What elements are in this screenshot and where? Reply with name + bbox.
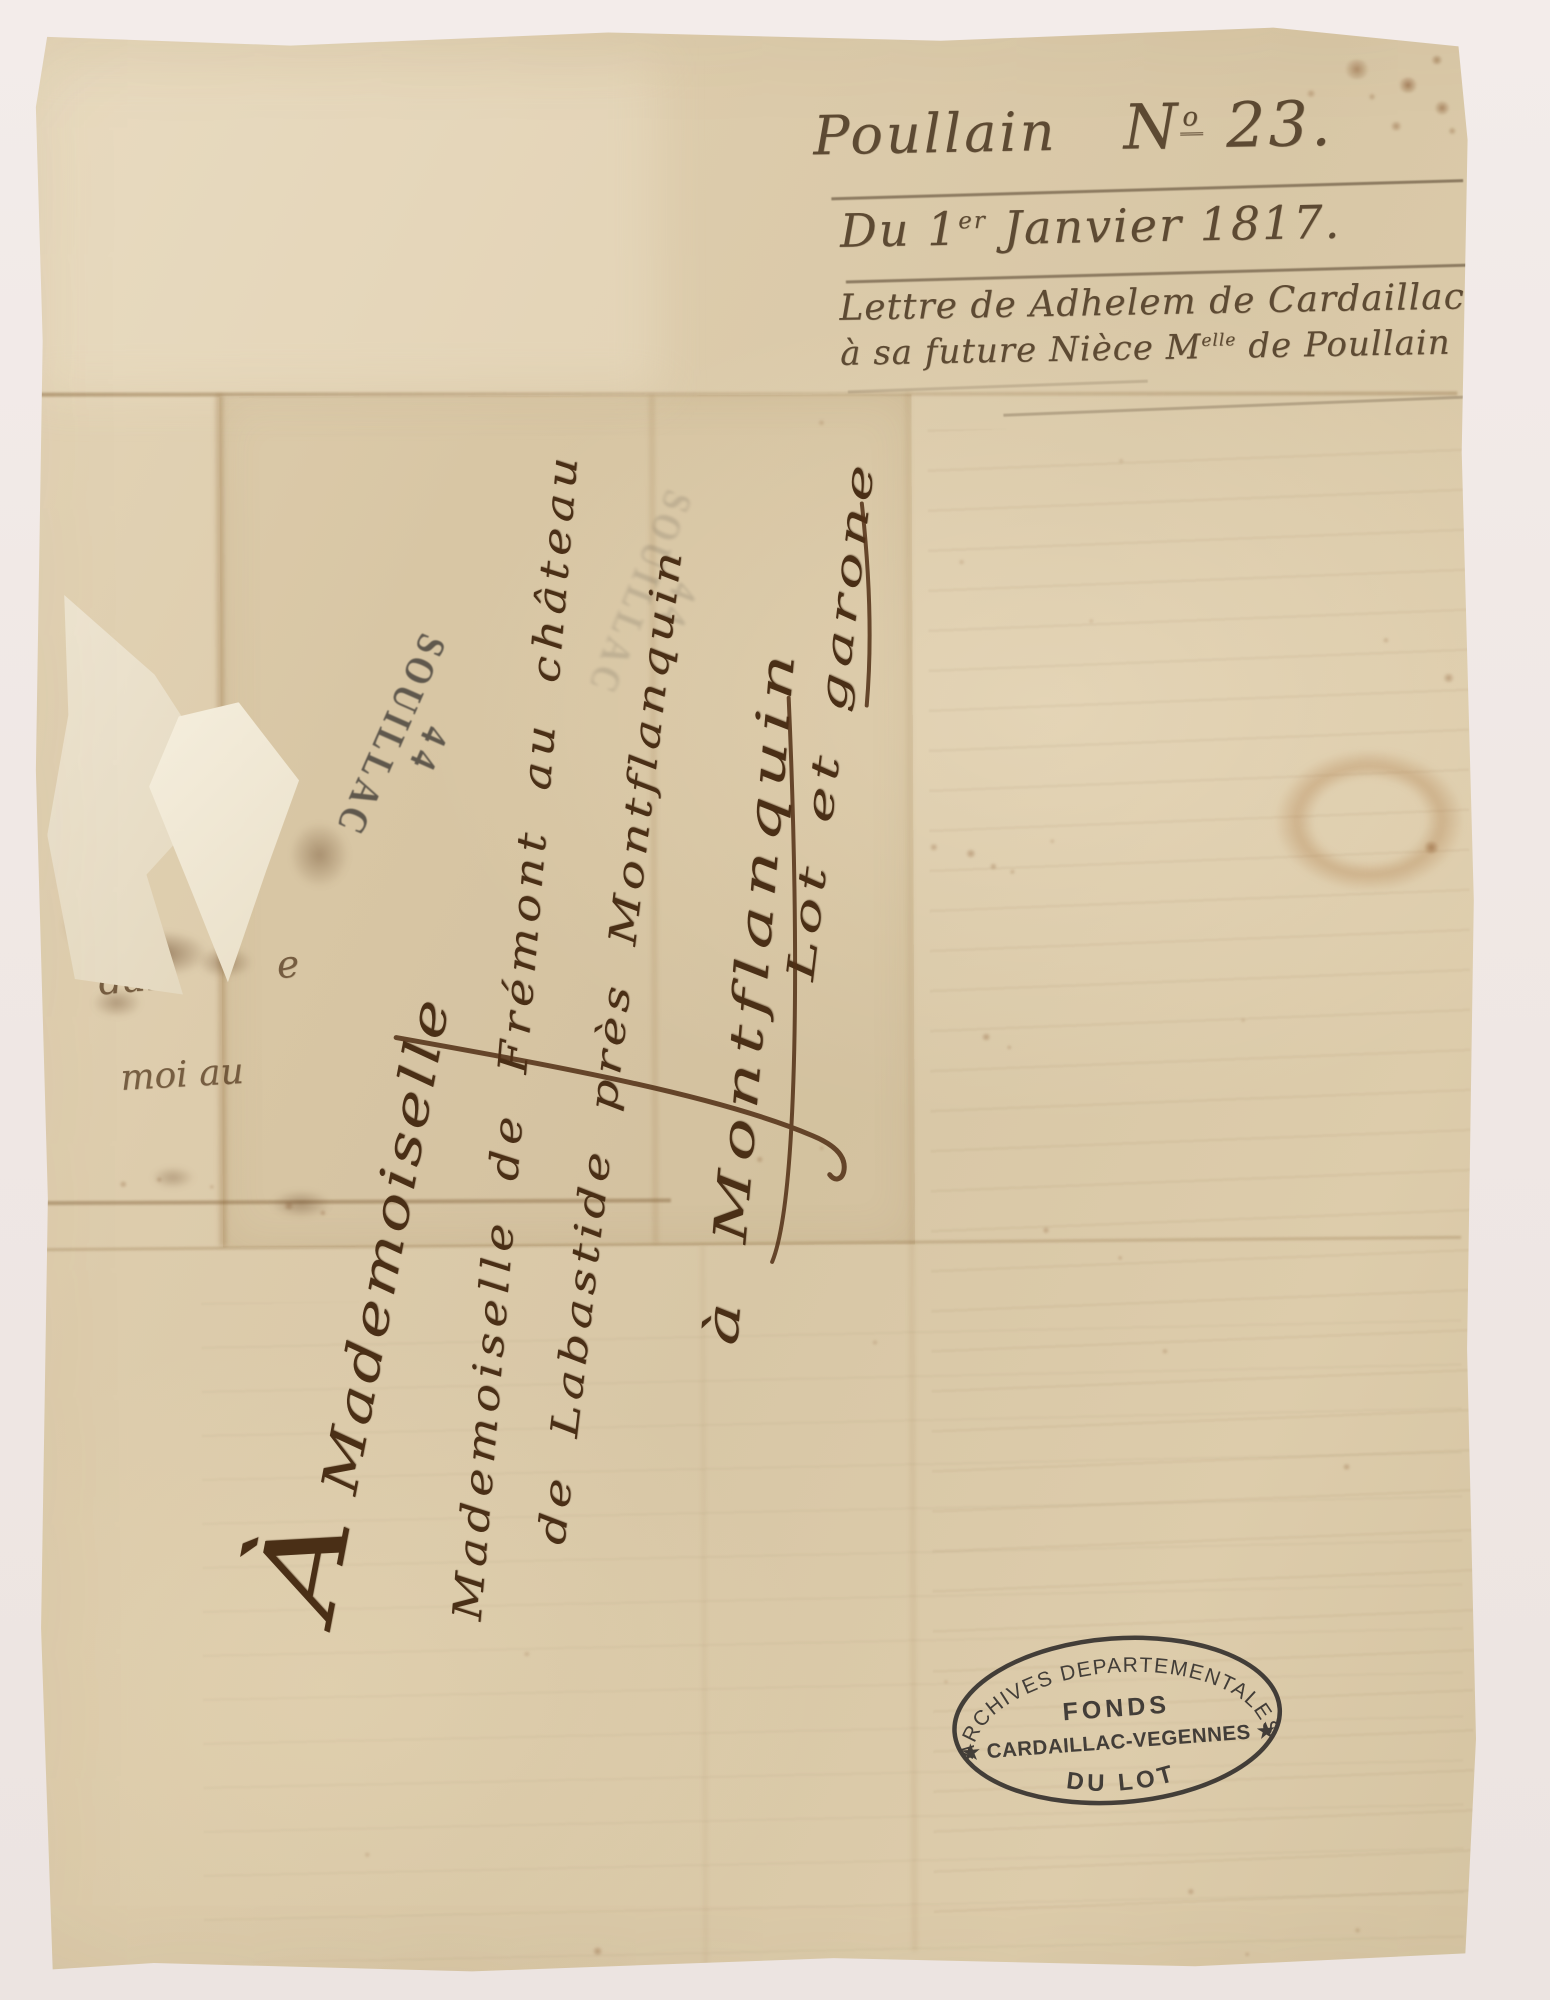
paper-vignette	[0, 0, 1550, 2000]
address-panel: ÀMademoiselle Mademoiselle de Frémont au…	[0, 0, 1546, 3]
letter-paper: daie moi au PoullainNo 23. Du 1er Janvie…	[30, 23, 1484, 1979]
foxing-spots	[0, 0, 1546, 3]
scan-background: daie moi au PoullainNo 23. Du 1er Janvie…	[0, 0, 1550, 2000]
fold-creases	[0, 0, 1546, 3]
foxing-spot	[678, 1984, 687, 1992]
